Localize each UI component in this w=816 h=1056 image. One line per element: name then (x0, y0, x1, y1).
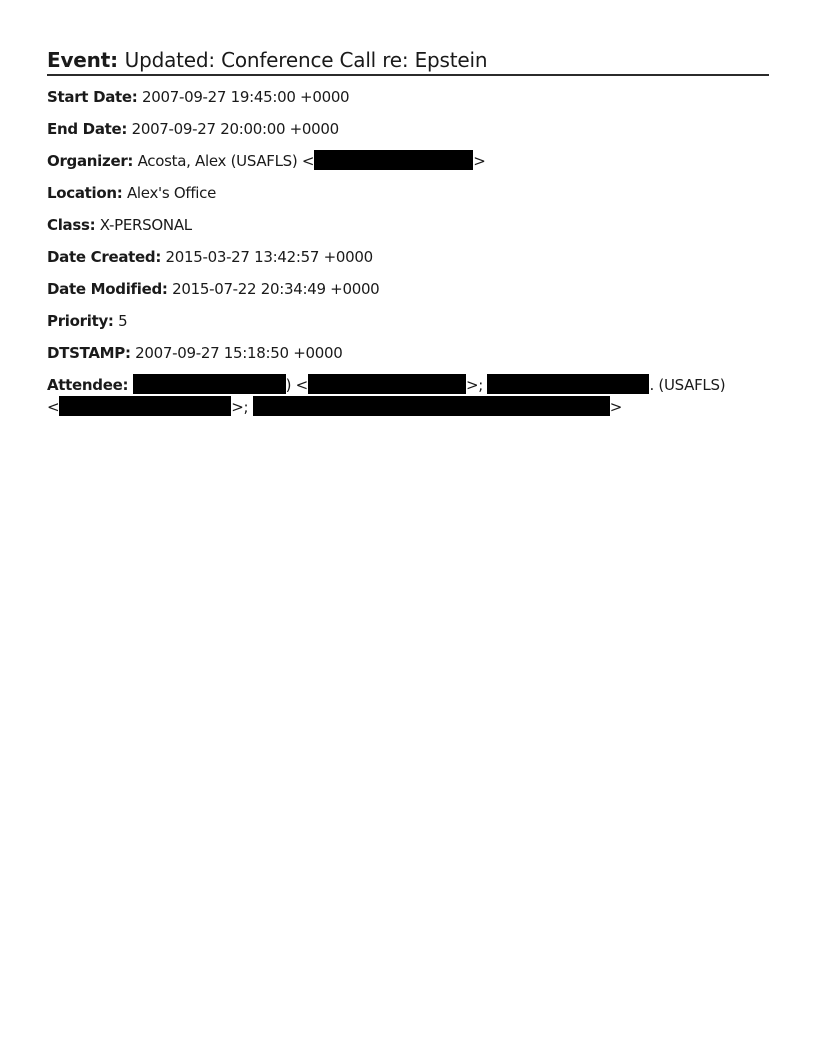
attendee-text: < (47, 398, 59, 416)
attendee-text: > (610, 398, 622, 416)
redaction-block (487, 374, 649, 394)
start-date-label: Start Date: (47, 88, 138, 106)
date-created-value: 2015-03-27 13:42:57 +0000 (166, 248, 373, 266)
redaction-block (133, 374, 286, 394)
priority-label: Priority: (47, 312, 114, 330)
date-created-label: Date Created: (47, 248, 161, 266)
date-modified-row: Date Modified: 2015-07-22 20:34:49 +0000 (47, 278, 769, 300)
organizer-suffix: > (473, 152, 485, 170)
class-label: Class: (47, 216, 95, 234)
priority-value: 5 (118, 312, 127, 330)
start-date-row: Start Date: 2007-09-27 19:45:00 +0000 (47, 86, 769, 108)
organizer-label: Organizer: (47, 152, 133, 170)
organizer-row: Organizer: Acosta, Alex (USAFLS) <> (47, 150, 769, 172)
class-value: X-PERSONAL (100, 216, 192, 234)
date-modified-value: 2015-07-22 20:34:49 +0000 (172, 280, 379, 298)
event-title: Event: Updated: Conference Call re: Epst… (47, 46, 769, 76)
attendee-text: >; (466, 376, 488, 394)
location-value: Alex's Office (127, 184, 216, 202)
attendee-text: ) < (286, 376, 308, 394)
date-created-row: Date Created: 2015-03-27 13:42:57 +0000 (47, 246, 769, 268)
location-label: Location: (47, 184, 122, 202)
dtstamp-value: 2007-09-27 15:18:50 +0000 (135, 344, 342, 362)
redaction-block (314, 150, 473, 170)
event-label: Event: (47, 48, 118, 72)
priority-row: Priority: 5 (47, 310, 769, 332)
attendee-text: . (USAFLS) (649, 376, 725, 394)
attendee-row: Attendee: ) <>; . (USAFLS) <>; > (47, 374, 769, 418)
redaction-block (308, 374, 466, 394)
class-row: Class: X-PERSONAL (47, 214, 769, 236)
dtstamp-label: DTSTAMP: (47, 344, 131, 362)
dtstamp-row: DTSTAMP: 2007-09-27 15:18:50 +0000 (47, 342, 769, 364)
redaction-block (253, 396, 610, 416)
event-document: Event: Updated: Conference Call re: Epst… (47, 46, 769, 428)
end-date-value: 2007-09-27 20:00:00 +0000 (132, 120, 339, 138)
attendee-label: Attendee: (47, 376, 128, 394)
start-date-value: 2007-09-27 19:45:00 +0000 (142, 88, 349, 106)
attendee-text: >; (231, 398, 253, 416)
redaction-block (59, 396, 231, 416)
location-row: Location: Alex's Office (47, 182, 769, 204)
end-date-row: End Date: 2007-09-27 20:00:00 +0000 (47, 118, 769, 140)
date-modified-label: Date Modified: (47, 280, 168, 298)
end-date-label: End Date: (47, 120, 127, 138)
organizer-value: Acosta, Alex (USAFLS) < (138, 152, 315, 170)
event-title-value: Updated: Conference Call re: Epstein (125, 48, 488, 72)
